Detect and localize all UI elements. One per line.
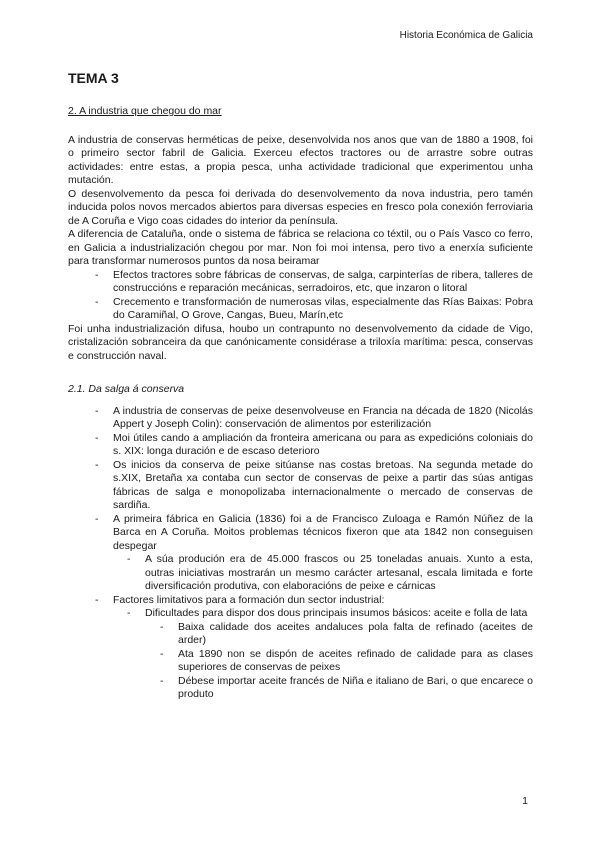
list-item-text: Efectos tractores sobre fábricas de cons… <box>113 269 533 295</box>
list-item-text: A súa produción era de 45.000 frascos ou… <box>145 553 533 592</box>
paragraph-2: O desenvolvemento da pesca foi derivada … <box>68 188 533 229</box>
paragraph-1: A industria de conservas herméticas de p… <box>68 134 533 188</box>
list-item-text: Ata 1890 non se dispón de aceites refina… <box>178 648 533 674</box>
list-item-text: Dificultades para dispor dos dous princi… <box>145 607 527 619</box>
section-2-1-bullet-list: - A industria de conservas de peixe dese… <box>68 405 533 702</box>
document-page: Historia Económica de Galicia TEMA 3 2. … <box>0 0 600 848</box>
bullet-dash: - <box>160 621 164 635</box>
bullet-dash: - <box>127 553 131 567</box>
bullet-dash: - <box>160 648 164 662</box>
list-item: - A industria de conservas de peixe dese… <box>68 405 533 432</box>
bullet-dash: - <box>160 675 164 689</box>
list-item-text: A industria de conservas de peixe desenv… <box>113 405 533 431</box>
list-item: - Moi útiles cando a ampliación da front… <box>68 432 533 459</box>
bullet-dash: - <box>95 513 99 527</box>
list-item-text: A primeira fábrica en Galicia (1836) foi… <box>113 513 533 552</box>
bullet-dash: - <box>95 432 99 446</box>
list-item-nested-2: - Débese importar aceite francés de Niña… <box>68 675 533 702</box>
list-item-nested-2: - Baixa calidade dos aceites andaluces p… <box>68 621 533 648</box>
list-item-text: Baixa calidade dos aceites andaluces pol… <box>178 621 533 647</box>
paragraph-3: A diferencia de Cataluña, onde o sistema… <box>68 228 533 269</box>
list-item-text: Moi útiles cando a ampliación da frontei… <box>113 432 533 458</box>
list-item: - A primeira fábrica en Galicia (1836) f… <box>68 513 533 554</box>
list-item: - Efectos tractores sobre fábricas de co… <box>68 269 533 296</box>
list-item-text: Crecemento e transformación de numerosas… <box>113 296 533 322</box>
running-header: Historia Económica de Galicia <box>68 30 533 42</box>
list-item-nested-2: - Ata 1890 non se dispón de aceites refi… <box>68 648 533 675</box>
list-item-nested: - A súa produción era de 45.000 frascos … <box>68 553 533 594</box>
section-2-1-heading: 2.1. Da salga á conserva <box>68 383 533 397</box>
document-title: TEMA 3 <box>68 70 533 86</box>
bullet-dash: - <box>95 405 99 419</box>
list-item-text: Débese importar aceite francés de Niña e… <box>178 675 533 701</box>
list-item: - Crecemento e transformación de numeros… <box>68 296 533 323</box>
page-number: 1 <box>522 795 528 808</box>
paragraph-4: Foi unha industrialización difusa, houbo… <box>68 323 533 364</box>
list-item-text: Factores limitativos para a formación du… <box>113 594 384 606</box>
bullet-dash: - <box>95 459 99 473</box>
list-item: - Factores limitativos para a formación … <box>68 594 533 608</box>
bullet-dash: - <box>127 607 131 621</box>
section-2-heading: 2. A industria que chegou do mar <box>68 105 533 119</box>
list-item-text: Os inicios da conserva de peixe sitúanse… <box>113 459 533 512</box>
list-item: - Os inicios da conserva de peixe sitúan… <box>68 459 533 513</box>
bullet-dash: - <box>95 296 99 310</box>
section-2-bullet-list: - Efectos tractores sobre fábricas de co… <box>68 269 533 323</box>
list-item-nested: - Dificultades para dispor dos dous prin… <box>68 607 533 621</box>
bullet-dash: - <box>95 594 99 608</box>
bullet-dash: - <box>95 269 99 283</box>
